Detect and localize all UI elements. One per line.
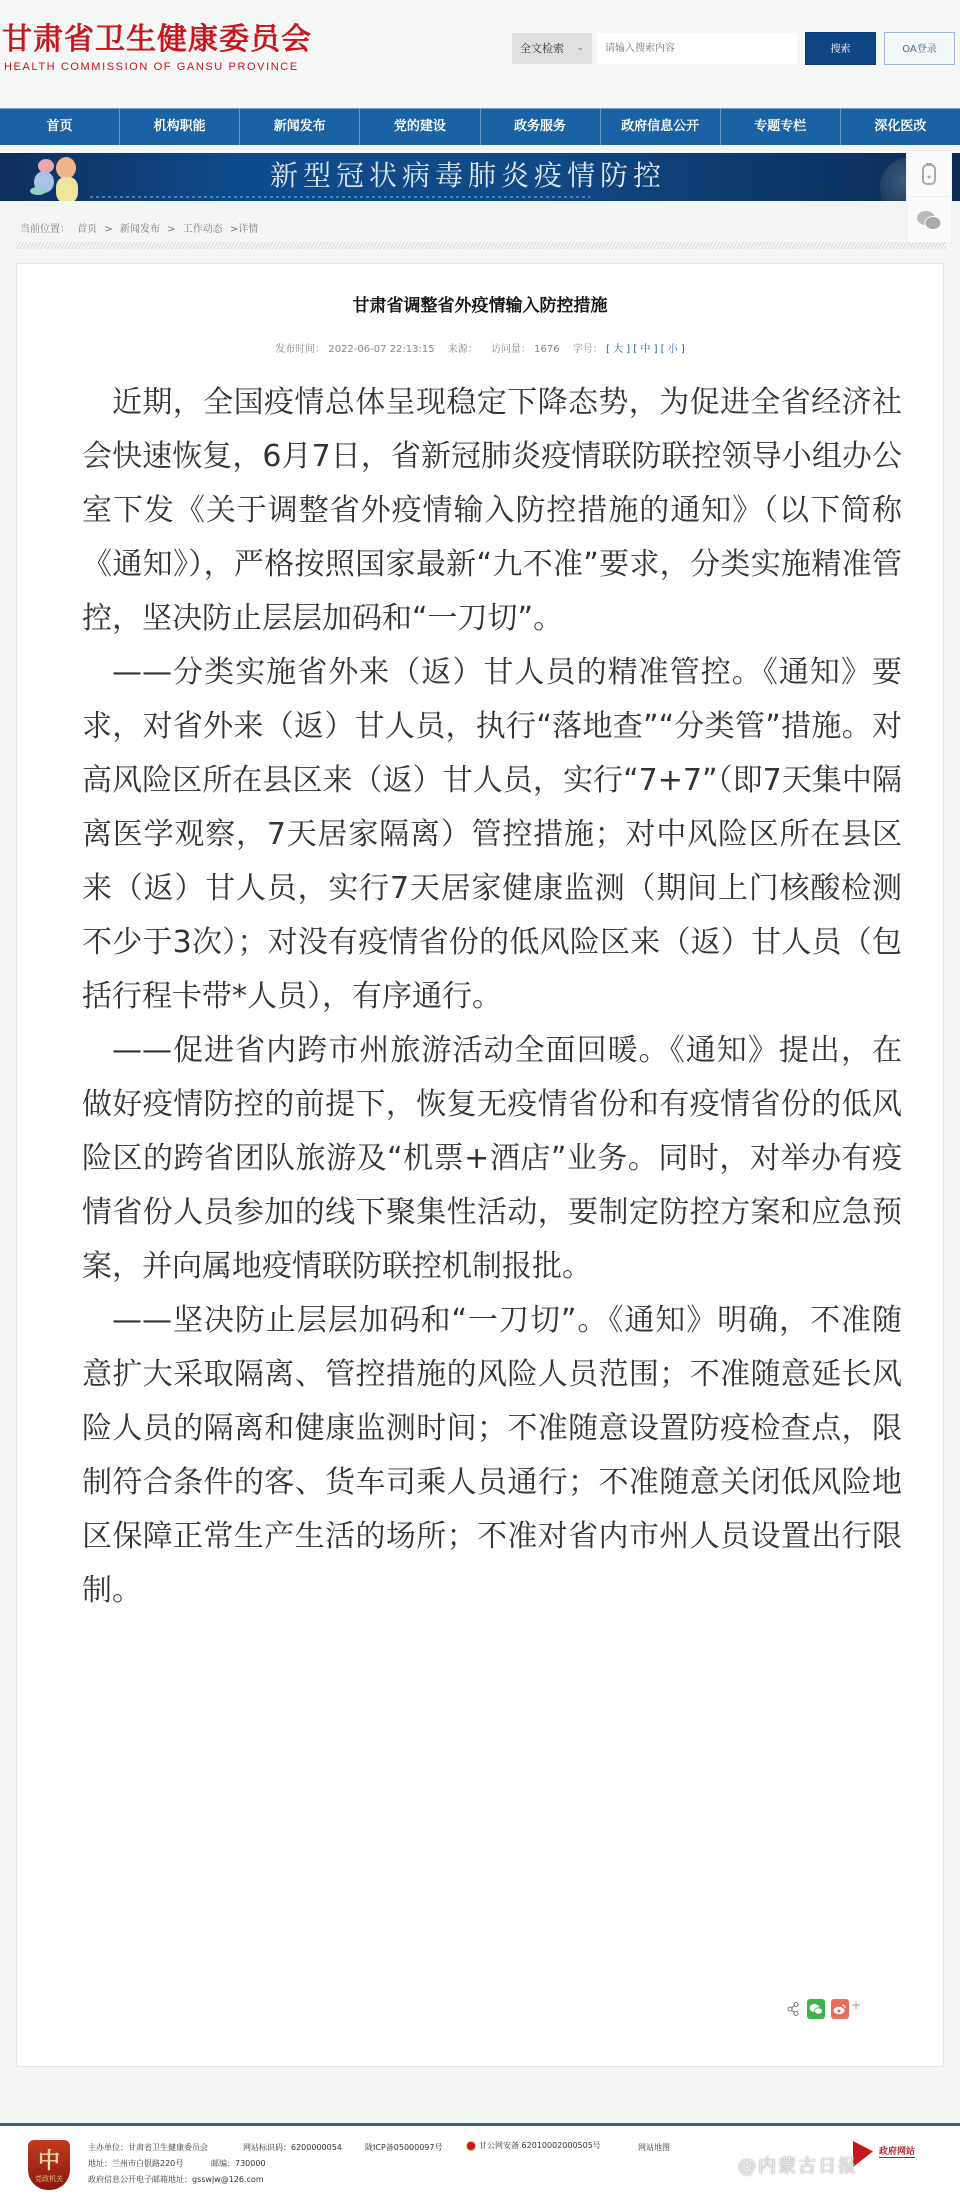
nav-item-news[interactable]: 新闻发布 <box>240 109 360 145</box>
footer-site-code: 网站标识码：6200000054 <box>243 2142 342 2153</box>
footer-host: 主办单位：甘肃省卫生健康委员会 <box>88 2142 208 2153</box>
font-size-medium-button[interactable]: [ 中 ] <box>633 344 657 355</box>
wechat-share-icon[interactable] <box>807 1999 825 2019</box>
party-government-badge-icon[interactable]: 中 党政机关 <box>28 2140 70 2190</box>
views-label: 访问量： <box>491 344 531 355</box>
wechat-icon[interactable] <box>907 197 951 243</box>
more-share-icon[interactable]: + <box>851 1998 861 2012</box>
share-icon[interactable] <box>787 2002 801 2016</box>
badge-label: 党政机关 <box>35 2175 63 2183</box>
footer-address: 地址：兰州市白银路220号 <box>88 2158 183 2169</box>
breadcrumb-work-news[interactable]: 工作动态 <box>183 224 223 235</box>
mobile-icon[interactable] <box>907 151 951 197</box>
footer-postcode: 邮编：730000 <box>211 2158 266 2169</box>
nav-item-reform[interactable]: 深化医改 <box>841 109 960 145</box>
nav-item-disclosure[interactable]: 政府信息公开 <box>601 109 721 145</box>
article-body: 近期，全国疫情总体呈现稳定下降态势，为促进全省经济社会快速恢复，6月7日，省新冠… <box>82 376 902 1618</box>
site-logo-en: HEALTH COMMISSION OF GANSU PROVINCE <box>4 61 299 73</box>
publish-time: 2022-06-07 22:13:15 <box>328 344 434 355</box>
site-logo-cn[interactable]: 甘肃省卫生健康委员会 <box>2 22 312 58</box>
nav-item-home[interactable]: 首页 <box>0 109 120 145</box>
nav-item-topics[interactable]: 专题专栏 <box>721 109 841 145</box>
breadcrumb-separator: > <box>167 224 175 235</box>
search-scope-value: 全文检索 <box>520 42 564 55</box>
footer-police-record[interactable]: 甘公网安备 62010002000505号 <box>466 2140 601 2151</box>
article-title: 甘肃省调整省外疫情输入防控措施 <box>17 291 943 316</box>
footer-sitemap-link[interactable]: 网站地图 <box>638 2142 670 2153</box>
search-scope-select[interactable]: 全文检索 ⌄ <box>512 33 592 64</box>
banner-decoration <box>90 196 590 198</box>
gov-site-badge[interactable]: 政府网站 <box>853 2141 923 2181</box>
search-input[interactable] <box>597 33 797 64</box>
breadcrumb: 当前位置： 首页 > 新闻发布 > 工作动态 >详情 <box>20 220 262 235</box>
gov-site-label: 政府网站 <box>879 2144 915 2158</box>
divider <box>16 242 946 249</box>
breadcrumb-prefix: 当前位置： <box>20 224 70 235</box>
weibo-watermark: @内蒙古日报 <box>738 2152 858 2178</box>
breadcrumb-home[interactable]: 首页 <box>77 224 97 235</box>
nav-item-party[interactable]: 党的建设 <box>360 109 480 145</box>
paragraph-intro: 近期，全国疫情总体呈现稳定下降态势，为促进全省经济社会快速恢复，6月7日，省新冠… <box>82 376 902 646</box>
breadcrumb-separator: > <box>104 224 112 235</box>
oa-login-button[interactable]: OA登录 <box>884 32 955 65</box>
publish-time-label: 发布时间： <box>275 344 325 355</box>
article-meta: 发布时间： 2022-06-07 22:13:15 来源： 访问量： 1676 … <box>17 340 943 355</box>
footer-email: 政府信息公开电子邮箱地址：gsswjw@126.com <box>88 2174 264 2185</box>
article-container: 甘肃省调整省外疫情输入防控措施 发布时间： 2022-06-07 22:13:1… <box>16 263 944 2067</box>
police-emblem-icon <box>466 2141 476 2151</box>
footer-icp-link[interactable]: 陇ICP备05000097号 <box>365 2142 443 2153</box>
paragraph-no-overreach: ——坚决防止层层加码和“一刀切”。《通知》明确，不准随意扩大采取隔离、管控措施的… <box>82 1294 902 1618</box>
weibo-share-icon[interactable] <box>831 1999 849 2019</box>
breadcrumb-current: >详情 <box>230 224 258 235</box>
breadcrumb-news[interactable]: 新闻发布 <box>120 224 160 235</box>
banner-title: 新型冠状病毒肺炎疫情防控 <box>270 156 666 196</box>
nav-item-functions[interactable]: 机构职能 <box>120 109 240 145</box>
font-size-large-button[interactable]: [ 大 ] <box>606 344 630 355</box>
chevron-down-icon: ⌄ <box>576 33 584 64</box>
source-label: 来源： <box>448 344 478 355</box>
font-size-label: 字号： <box>573 344 603 355</box>
views-count: 1676 <box>534 344 559 355</box>
site-header: 甘肃省卫生健康委员会 HEALTH COMMISSION OF GANSU PR… <box>0 0 960 108</box>
side-float-toolbar <box>906 150 952 244</box>
covid-banner[interactable]: 新型冠状病毒肺炎疫情防控 <box>0 153 960 201</box>
nav-item-services[interactable]: 政务服务 <box>481 109 601 145</box>
main-nav: 首页 机构职能 新闻发布 党的建设 政务服务 政府信息公开 专题专栏 深化医改 <box>0 108 960 145</box>
police-record-text: 甘公网安备 62010002000505号 <box>479 2141 601 2150</box>
paragraph-classified-control: ——分类实施省外来（返）甘人员的精准管控。《通知》要求，对省外来（返）甘人员，执… <box>82 646 902 1024</box>
share-bar: + <box>787 1999 861 2019</box>
font-size-small-button[interactable]: [ 小 ] <box>661 344 685 355</box>
paragraph-tourism: ——促进省内跨市州旅游活动全面回暖。《通知》提出，在做好疫情防控的前提下，恢复无… <box>82 1024 902 1294</box>
search-button[interactable]: 搜索 <box>805 32 876 65</box>
